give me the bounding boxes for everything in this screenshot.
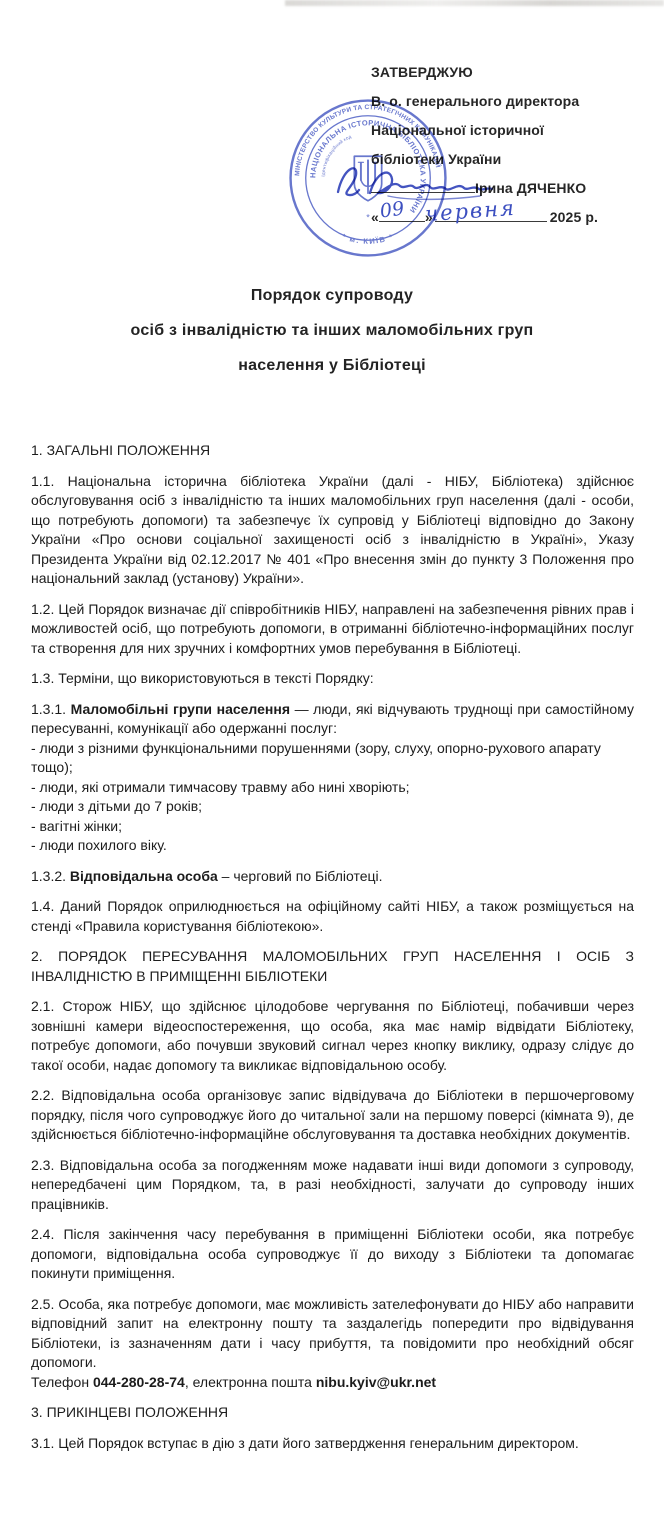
- title-line-2: осіб з інвалідністю та інших маломобільн…: [0, 313, 664, 348]
- list-item-1: - люди з різними функціональними порушен…: [31, 739, 634, 778]
- paragraph-1-3-2: 1.3.2. Відповідальна особа – черговий по…: [31, 867, 634, 887]
- list-item-3: - люди з дітьми до 7 років;: [31, 797, 634, 817]
- list-item-5: - люди похилого віку.: [31, 836, 634, 856]
- section-3-heading: 3. ПРИКІНЦЕВІ ПОЛОЖЕННЯ: [31, 1403, 634, 1423]
- list-item-4: - вагітні жінки;: [31, 817, 634, 837]
- paragraph-3-1: 3.1. Цей Порядок вступає в дію з дати йо…: [31, 1434, 634, 1454]
- list-item-2: - люди, які отримали тимчасову травму аб…: [31, 778, 634, 798]
- signature-scribble: [330, 156, 520, 208]
- paragraph-2-2: 2.2. Відповідальна особа організовує зап…: [31, 1086, 634, 1145]
- email-address: nibu.kyiv@ukr.net: [316, 1374, 436, 1390]
- document-title: Порядок супроводу осіб з інвалідністю та…: [0, 278, 664, 383]
- stamp-star: *: [366, 213, 370, 223]
- document-page: ЗАТВЕРДЖУЮ В. о. генерального директора …: [0, 0, 664, 1528]
- scan-edge-artifact: [285, 0, 664, 6]
- svg-text:* м. КИЇВ *: * м. КИЇВ *: [341, 232, 396, 246]
- document-body: 1. ЗАГАЛЬНІ ПОЛОЖЕННЯ 1.1. Національна і…: [31, 441, 634, 1464]
- section-2-heading: 2. ПОРЯДОК ПЕРЕСУВАННЯ МАЛОМОБІЛЬНИХ ГРУ…: [31, 947, 634, 986]
- date-year: 2025 р.: [550, 209, 598, 225]
- paragraph-2-4: 2.4. Після закінчення часу перебування в…: [31, 1225, 634, 1284]
- title-line-1: Порядок супроводу: [0, 278, 664, 313]
- stamp-city-text: * м. КИЇВ *: [341, 232, 396, 246]
- term-mobility-groups: Маломобільні групи населення: [71, 701, 290, 717]
- date-month-line: червня: [435, 208, 547, 222]
- paragraph-1-1: 1.1. Національна історична бібліотека Ук…: [31, 472, 634, 589]
- approval-heading: ЗАТВЕРДЖУЮ: [371, 58, 657, 87]
- paragraph-2-1: 2.1. Сторож НІБУ, що здійснює цілодобове…: [31, 997, 634, 1075]
- section-1-heading: 1. ЗАГАЛЬНІ ПОЛОЖЕННЯ: [31, 441, 634, 461]
- paragraph-2-3: 2.3. Відповідальна особа за погодженням …: [31, 1156, 634, 1215]
- title-line-3: населення у Бібліотеці: [0, 348, 664, 383]
- term-responsible-person: Відповідальна особа: [70, 868, 218, 884]
- phone-number: 044-280-28-74: [93, 1374, 185, 1390]
- paragraph-2-5: 2.5. Особа, яка потребує допомоги, має м…: [31, 1295, 634, 1373]
- paragraph-1-3: 1.3. Терміни, що використовуються в текс…: [31, 669, 634, 689]
- paragraph-1-4: 1.4. Даний Порядок оприлюднюється на офі…: [31, 897, 634, 936]
- contact-line: Телефон 044-280-28-74, електронна пошта …: [31, 1373, 634, 1393]
- paragraph-1-2: 1.2. Цей Порядок визначає дії співробітн…: [31, 600, 634, 659]
- paragraph-1-3-1: 1.3.1. Маломобільні групи населення — лю…: [31, 700, 634, 739]
